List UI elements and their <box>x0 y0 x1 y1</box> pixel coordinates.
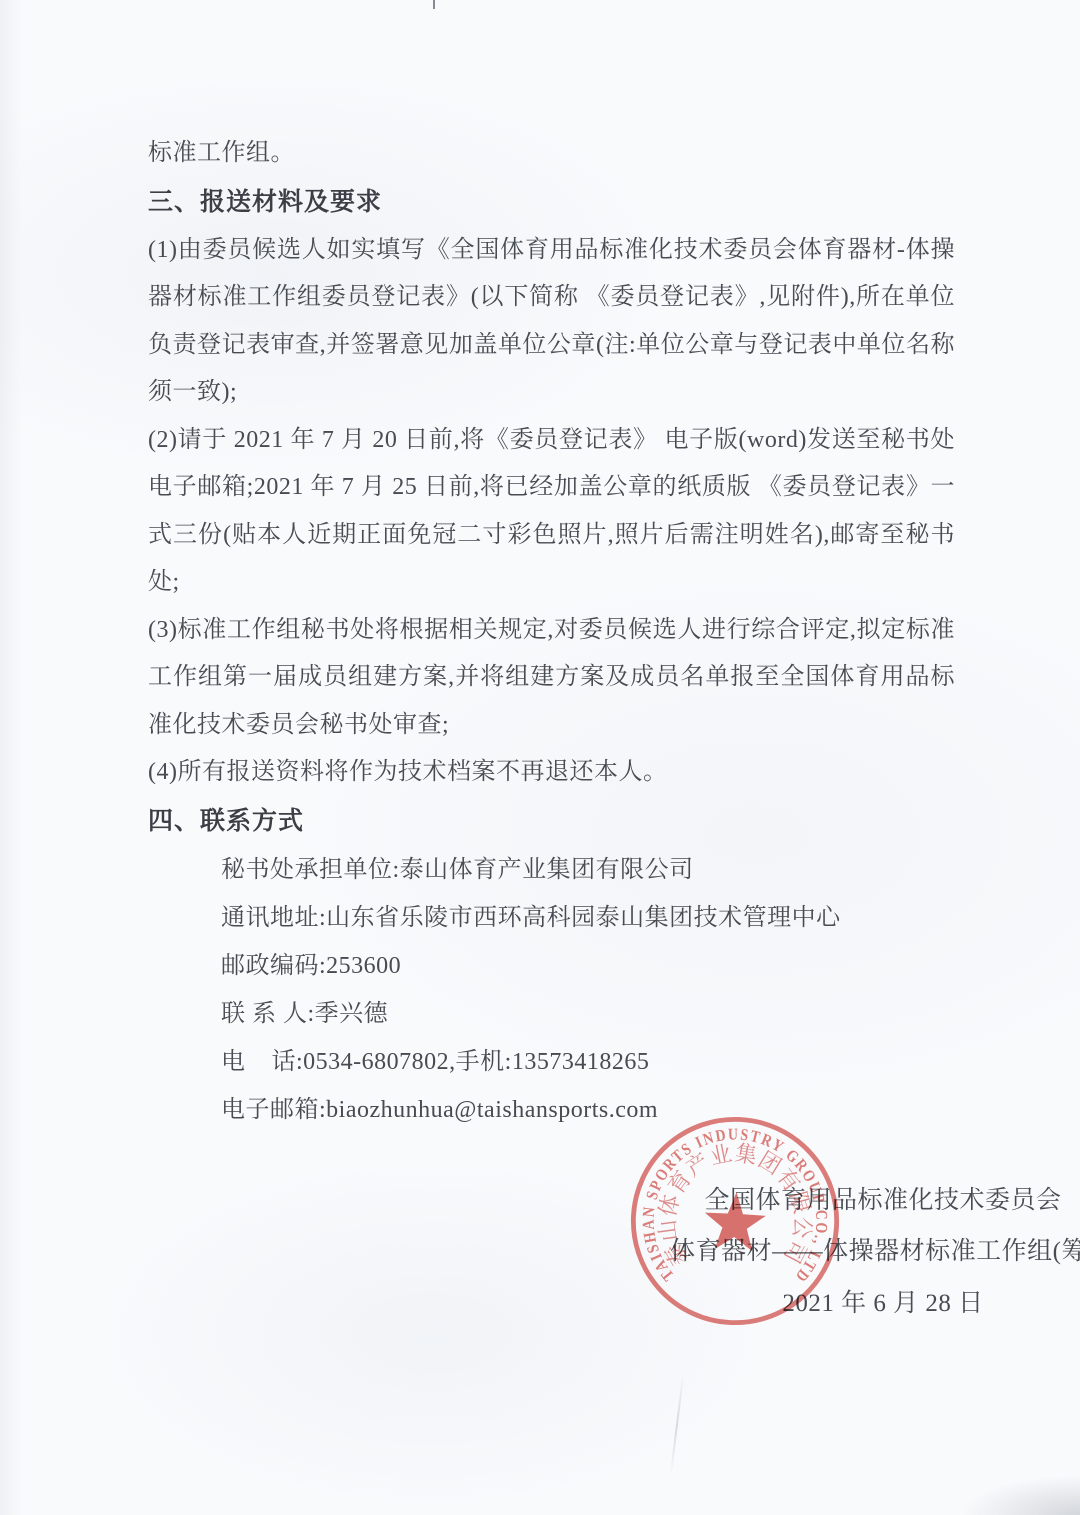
intro-continuation-line: 标准工作组。 <box>148 130 955 178</box>
section-heading-contact: 四、联系方式 <box>148 797 955 846</box>
contact-secretariat-unit: 秘书处承担单位:泰山体育产业集团有限公司 <box>221 846 955 894</box>
paragraph-item-4: (4)所有报送资料将作为技术档案不再退还本人。 <box>148 749 955 797</box>
seal-graphic: TAISHAN SPORTS INDUSTRY GROUP CO., LTD 泰… <box>623 1109 848 1334</box>
scan-artifact-crease <box>670 1372 685 1476</box>
paragraph-item-3: (3)标准工作组秘书处将根据相关规定,对委员候选人进行综合评定,拟定标准工作组第… <box>148 607 955 750</box>
paragraph-item-2: (2)请于 2021 年 7 月 20 日前,将《委员登记表》 电子版(word… <box>148 417 955 607</box>
star-icon <box>703 1191 767 1252</box>
company-seal-stamp: TAISHAN SPORTS INDUSTRY GROUP CO., LTD 泰… <box>623 1109 848 1334</box>
scan-artifact-corner-shadow <box>960 1475 1080 1515</box>
contact-phone: 电 话:0534-6807802,手机:13573418265 <box>221 1038 955 1086</box>
contact-postal-code: 邮政编码:253600 <box>221 942 955 990</box>
contact-block: 秘书处承担单位:泰山体育产业集团有限公司 通讯地址:山东省乐陵市西环高科园泰山集… <box>148 846 955 1134</box>
contact-person: 联 系 人:季兴德 <box>221 990 955 1038</box>
section-heading-materials: 三、报送材料及要求 <box>148 178 955 227</box>
paragraph-item-1: (1)由委员候选人如实填写《全国体育用品标准化技术委员会体育器材-体操器材标准工… <box>148 227 955 417</box>
document-page: 标准工作组。 三、报送材料及要求 (1)由委员候选人如实填写《全国体育用品标准化… <box>0 0 1080 1329</box>
contact-mailing-address: 通讯地址:山东省乐陵市西环高科园泰山集团技术管理中心 <box>221 894 955 942</box>
